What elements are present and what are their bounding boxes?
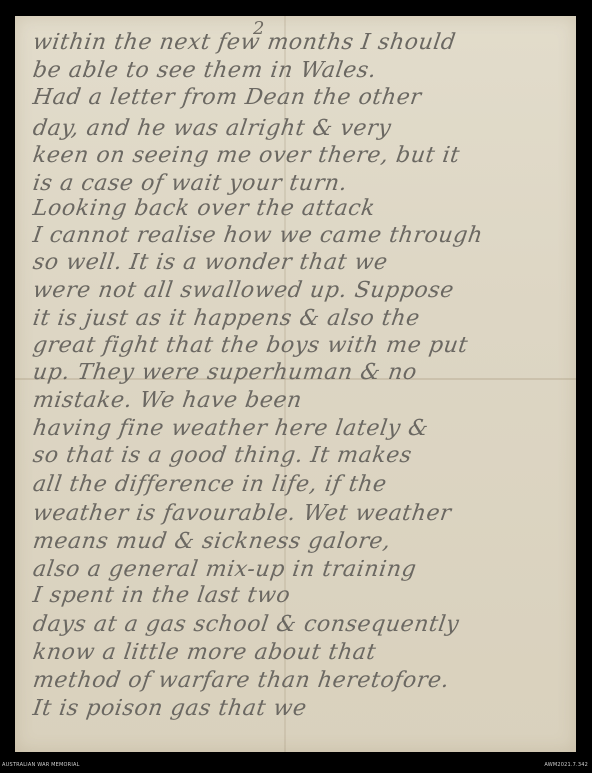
handwritten-line: It is poison gas that we [31,696,308,721]
handwritten-line: know a little more about that [31,640,377,665]
handwritten-line: within the next few months I should [31,30,457,55]
handwritten-line: I cannot realise how we came through [31,223,484,248]
handwritten-line: it is just as it happens & also the [31,306,421,331]
handwritten-line: also a general mix-up in training [31,557,418,582]
letter-page: 2 within the next few months I should be… [15,16,576,752]
handwritten-line: day, and he was alright & very [31,116,393,141]
handwritten-line: all the difference in life, if the [31,472,388,497]
handwritten-line: keen on seeing me over there, but it [31,143,461,168]
handwritten-line: up. They were superhuman & no [31,360,418,385]
handwritten-line: weather is favourable. Wet weather [31,501,453,526]
handwritten-line: were not all swallowed up. Suppose [31,278,455,303]
handwritten-line: great fight that the boys with me put [31,333,469,358]
handwritten-line: is a case of wait your turn. [31,171,349,196]
handwritten-line: having fine weather here lately & [31,416,430,441]
handwritten-line: I spent in the last two [31,583,292,608]
handwritten-line: Looking back over the attack [31,196,377,221]
archive-credit: AUSTRALIAN WAR MEMORIAL [2,762,80,768]
handwritten-line: Had a letter from Dean the other [31,85,423,110]
archive-reference-number: AWM2021.7.342 [544,762,588,768]
handwritten-line: days at a gas school & consequently [31,612,461,637]
handwritten-line: mistake. We have been [31,388,303,413]
handwritten-line: so that is a good thing. It makes [31,443,413,468]
handwritten-line: means mud & sickness galore, [31,529,392,554]
handwritten-line: method of warfare than heretofore. [31,668,451,693]
handwritten-line: be able to see them in Wales. [31,58,378,83]
handwritten-line: so well. It is a wonder that we [31,250,389,275]
